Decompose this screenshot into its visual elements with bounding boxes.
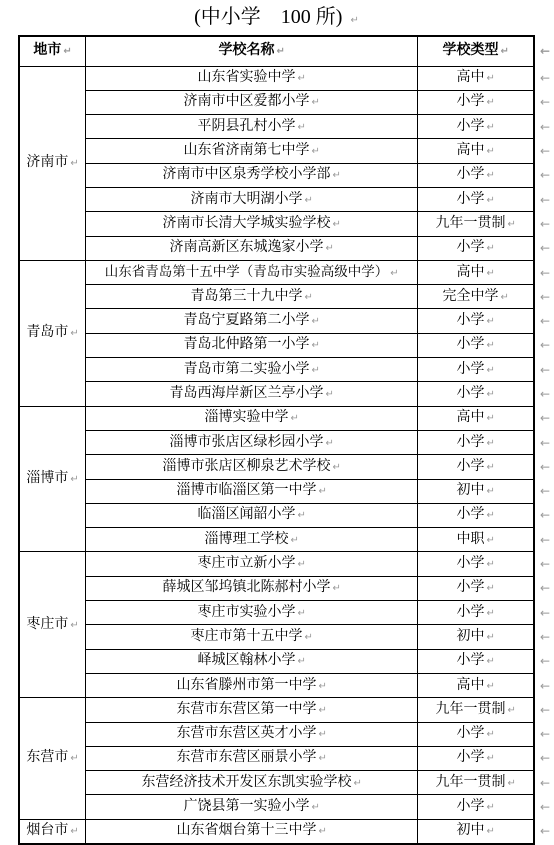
- school-type-cell: 九年一贯制↵: [418, 771, 534, 795]
- school-type-cell: 初中↵: [418, 625, 534, 649]
- row-end-mark-cell: ←: [534, 795, 553, 819]
- row-end-mark-cell: ←: [534, 625, 553, 649]
- school-name-cell: 淄博理工学校↵: [86, 528, 418, 552]
- row-end-arrow-icon: ←: [540, 338, 550, 352]
- schools-table: 地市↵学校名称↵学校类型↵←济南市↵山东省实验中学↵高中↵←济南市中区爱都小学↵…: [18, 35, 554, 845]
- cell-end-mark: ↵: [486, 243, 494, 254]
- school-name-cell: 济南高新区东城逸家小学↵: [86, 236, 418, 260]
- school-name-cell: 淄博市临淄区第一中学↵: [86, 479, 418, 503]
- school-name-cell: 枣庄市立新小学↵: [86, 552, 418, 576]
- school-type-cell: 九年一贯制↵: [418, 698, 534, 722]
- row-end-mark-cell: ←: [534, 115, 553, 139]
- city-cell: 淄博市↵: [19, 406, 86, 552]
- row-end-mark-cell: ←: [534, 722, 553, 746]
- school-name-cell: 东营市东营区第一中学↵: [86, 698, 418, 722]
- row-end-arrow-icon: ←: [540, 144, 550, 158]
- table-row: 淄博市↵淄博实验中学↵高中↵←: [19, 406, 553, 430]
- city-label: 东营市: [26, 750, 68, 765]
- cell-end-mark: ↵: [319, 486, 327, 497]
- table-row: 济南市中区爱都小学↵小学↵←: [19, 90, 553, 114]
- cell-end-mark: ↵: [354, 778, 362, 789]
- row-end-arrow-icon: ←: [540, 193, 550, 207]
- table-row: 山东省济南第七中学↵高中↵←: [19, 139, 553, 163]
- cell-end-mark: ↵: [486, 559, 494, 570]
- cell-end-mark: ↵: [486, 316, 494, 327]
- row-end-arrow-icon: ←: [540, 95, 550, 109]
- city-cell: 青岛市↵: [19, 260, 86, 406]
- school-type-cell: 中职↵: [418, 528, 534, 552]
- school-name-cell: 青岛北仲路第一小学↵: [86, 333, 418, 357]
- table-row: 济南高新区东城逸家小学↵小学↵←: [19, 236, 553, 260]
- school-name-cell: 青岛第三十九中学↵: [86, 285, 418, 309]
- cell-end-mark: ↵: [326, 389, 334, 400]
- table-row: 临淄区闻韶小学↵小学↵←: [19, 503, 553, 527]
- school-type: 小学: [456, 556, 484, 571]
- school-type: 小学: [456, 653, 484, 668]
- row-end-mark-cell: ←: [534, 552, 553, 576]
- table-row: 枣庄市↵枣庄市立新小学↵小学↵←: [19, 552, 553, 576]
- school-name-cell: 薛城区邹坞镇北陈郝村小学↵: [86, 576, 418, 600]
- school-name: 峄城区翰林小学: [198, 653, 296, 668]
- row-end-mark-cell: ←: [534, 90, 553, 114]
- cell-end-mark: ↵: [319, 705, 327, 716]
- school-type: 小学: [456, 386, 484, 401]
- school-name-cell: 山东省济南第七中学↵: [86, 139, 418, 163]
- cell-end-mark: ↵: [70, 826, 78, 837]
- school-name: 济南市大明湖小学: [191, 192, 303, 207]
- row-end-mark-cell: ←: [534, 430, 553, 454]
- row-end-mark-cell: ←: [534, 163, 553, 187]
- row-end-arrow-icon: ←: [540, 776, 550, 790]
- school-type: 小学: [456, 750, 484, 765]
- cell-end-mark: ↵: [486, 729, 494, 740]
- row-end-mark-cell: ←: [534, 187, 553, 211]
- school-type-cell: 小学↵: [418, 746, 534, 770]
- cell-end-mark: ↵: [319, 681, 327, 692]
- school-name-cell: 临淄区闻韶小学↵: [86, 503, 418, 527]
- row-end-arrow-icon: ←: [540, 751, 550, 765]
- school-type-cell: 小学↵: [418, 90, 534, 114]
- cell-end-mark: ↵: [486, 170, 494, 181]
- table-row: 枣庄市第十五中学↵初中↵←: [19, 625, 553, 649]
- cell-end-mark: ↵: [486, 462, 494, 473]
- school-name-cell: 枣庄市实验小学↵: [86, 601, 418, 625]
- header-type: 学校类型↵: [418, 36, 534, 66]
- school-type-cell: 小学↵: [418, 115, 534, 139]
- cell-end-mark: ↵: [486, 122, 494, 133]
- header-school: 学校名称↵: [86, 36, 418, 66]
- school-name-cell: 山东省烟台第十三中学↵: [86, 819, 418, 843]
- school-name-cell: 东营市东营区丽景小学↵: [86, 746, 418, 770]
- school-type-cell: 小学↵: [418, 382, 534, 406]
- school-type-cell: 高中↵: [418, 139, 534, 163]
- school-type: 小学: [456, 580, 484, 595]
- title-text: (中小学 100 所): [194, 6, 342, 28]
- row-end-arrow-icon: ←: [540, 363, 550, 377]
- school-name: 青岛西海岸新区兰亭小学: [170, 386, 324, 401]
- cell-end-mark: ↵: [70, 753, 78, 764]
- school-type-cell: 高中↵: [418, 406, 534, 430]
- header-city: 地市↵: [19, 36, 86, 66]
- school-name-cell: 山东省实验中学↵: [86, 66, 418, 90]
- school-type-cell: 小学↵: [418, 236, 534, 260]
- cell-end-mark: ↵: [486, 802, 494, 813]
- school-type: 初中: [456, 823, 484, 838]
- school-name-cell: 平阴县孔村小学↵: [86, 115, 418, 139]
- cell-end-mark: ↵: [390, 268, 398, 279]
- row-end-mark-cell: ←: [534, 698, 553, 722]
- school-name: 山东省滕州市第一中学: [177, 678, 317, 693]
- school-type: 小学: [456, 240, 484, 255]
- table-row: 青岛北仲路第一小学↵小学↵←: [19, 333, 553, 357]
- table-header-row: 地市↵学校名称↵学校类型↵←: [19, 36, 553, 66]
- row-end-arrow-icon: ←: [540, 508, 550, 522]
- cell-end-mark: ↵: [486, 438, 494, 449]
- school-name-cell: 济南市中区泉秀学校小学部↵: [86, 163, 418, 187]
- row-end-arrow-icon: ←: [540, 44, 550, 58]
- school-type: 中职: [456, 532, 484, 547]
- table-row: 东营市东营区丽景小学↵小学↵←: [19, 746, 553, 770]
- school-type: 完全中学: [442, 289, 498, 304]
- school-type: 小学: [456, 605, 484, 620]
- school-type: 小学: [456, 313, 484, 328]
- cell-end-mark: ↵: [312, 316, 320, 327]
- cell-end-mark: ↵: [333, 462, 341, 473]
- row-end-arrow-icon: ←: [540, 557, 550, 571]
- school-name: 山东省济南第七中学: [184, 143, 310, 158]
- school-name: 山东省实验中学: [198, 70, 296, 85]
- school-type: 小学: [456, 119, 484, 134]
- header-school-label: 学校名称: [219, 43, 275, 58]
- row-end-arrow-icon: ←: [540, 484, 550, 498]
- city-cell: 东营市↵: [19, 698, 86, 819]
- cell-end-mark: ↵: [298, 559, 306, 570]
- school-name: 淄博理工学校: [205, 532, 289, 547]
- school-type: 初中: [456, 483, 484, 498]
- cell-end-mark: ↵: [486, 486, 494, 497]
- school-type: 高中: [456, 678, 484, 693]
- school-type-cell: 高中↵: [418, 66, 534, 90]
- cell-end-mark: ↵: [486, 753, 494, 764]
- row-end-mark-cell: ←: [534, 212, 553, 236]
- school-name: 济南高新区东城逸家小学: [170, 240, 324, 255]
- school-type: 九年一贯制: [435, 775, 505, 790]
- school-type: 小学: [456, 435, 484, 450]
- row-end-arrow-icon: ←: [540, 727, 550, 741]
- school-name-cell: 淄博市张店区柳泉艺术学校↵: [86, 455, 418, 479]
- cell-end-mark: ↵: [486, 340, 494, 351]
- school-name: 东营市东营区第一中学: [177, 702, 317, 717]
- school-type-cell: 完全中学↵: [418, 285, 534, 309]
- school-name-cell: 青岛市第二实验小学↵: [86, 358, 418, 382]
- row-end-arrow-icon: ←: [540, 241, 550, 255]
- row-end-mark-cell: ←: [534, 601, 553, 625]
- table-row: 东营市↵东营市东营区第一中学↵九年一贯制↵←: [19, 698, 553, 722]
- school-type-cell: 小学↵: [418, 649, 534, 673]
- school-type: 高中: [456, 143, 484, 158]
- table-row: 淄博市张店区绿杉园小学↵小学↵←: [19, 430, 553, 454]
- cell-end-mark: ↵: [305, 292, 313, 303]
- school-type-cell: 九年一贯制↵: [418, 212, 534, 236]
- cell-end-mark: ↵: [319, 753, 327, 764]
- school-name-cell: 淄博实验中学↵: [86, 406, 418, 430]
- city-label: 淄博市: [26, 471, 68, 486]
- cell-end-mark: ↵: [305, 195, 313, 206]
- cell-end-mark: ↵: [486, 365, 494, 376]
- school-name-cell: 峄城区翰林小学↵: [86, 649, 418, 673]
- cell-end-mark: ↵: [486, 535, 494, 546]
- table-row: 山东省滕州市第一中学↵高中↵←: [19, 673, 553, 697]
- school-type-cell: 小学↵: [418, 163, 534, 187]
- cell-end-mark: ↵: [70, 474, 78, 485]
- row-end-arrow-icon: ←: [540, 703, 550, 717]
- school-name: 平阴县孔村小学: [198, 119, 296, 134]
- row-end-arrow-icon: ←: [540, 217, 550, 231]
- school-name: 广饶县第一实验小学: [184, 799, 310, 814]
- row-end-arrow-icon: ←: [540, 314, 550, 328]
- row-end-arrow-icon: ←: [540, 387, 550, 401]
- school-name-cell: 东营经济技术开发区东凯实验学校↵: [86, 771, 418, 795]
- school-name-cell: 东营市东营区英才小学↵: [86, 722, 418, 746]
- school-name: 淄博市张店区绿杉园小学: [170, 435, 324, 450]
- school-type-cell: 小学↵: [418, 430, 534, 454]
- row-end-mark-cell: ←: [534, 358, 553, 382]
- school-type-cell: 初中↵: [418, 819, 534, 843]
- school-name-cell: 山东省青岛第十五中学（青岛市实验高级中学）↵: [86, 260, 418, 284]
- row-end-mark-cell: ←: [534, 66, 553, 90]
- row-end-arrow-icon: ←: [540, 436, 550, 450]
- school-type: 小学: [456, 459, 484, 474]
- row-end-arrow-icon: ←: [540, 581, 550, 595]
- school-type: 高中: [456, 70, 484, 85]
- school-name: 东营市东营区英才小学: [177, 726, 317, 741]
- school-name: 东营市东营区丽景小学: [177, 750, 317, 765]
- school-type-cell: 初中↵: [418, 479, 534, 503]
- cell-end-mark: ↵: [312, 146, 320, 157]
- row-end-arrow-icon: ←: [540, 266, 550, 280]
- table-row: 济南市↵山东省实验中学↵高中↵←: [19, 66, 553, 90]
- cell-end-mark: ↵: [312, 802, 320, 813]
- row-end-arrow-icon: ←: [540, 290, 550, 304]
- city-label: 烟台市: [26, 823, 68, 838]
- cell-end-mark: ↵: [486, 389, 494, 400]
- school-type: 初中: [456, 629, 484, 644]
- row-end-mark-cell: ←: [534, 309, 553, 333]
- cell-end-mark: ↵: [333, 170, 341, 181]
- school-name: 济南市中区泉秀学校小学部: [163, 167, 331, 182]
- row-end-mark-cell: ←: [534, 479, 553, 503]
- table-row: 薛城区邹坞镇北陈郝村小学↵小学↵←: [19, 576, 553, 600]
- cell-end-mark: ↵: [486, 632, 494, 643]
- cell-end-mark: ↵: [507, 705, 515, 716]
- school-name: 山东省青岛第十五中学（青岛市实验高级中学）: [105, 264, 389, 279]
- school-name: 山东省烟台第十三中学: [177, 823, 317, 838]
- cell-end-mark: ↵: [70, 620, 78, 631]
- row-end-mark-cell: ←: [534, 503, 553, 527]
- cell-end-mark: ↵: [486, 510, 494, 521]
- school-type-cell: 小学↵: [418, 576, 534, 600]
- school-type-cell: 小学↵: [418, 503, 534, 527]
- table-row: 淄博市张店区柳泉艺术学校↵小学↵←: [19, 455, 553, 479]
- school-type-cell: 小学↵: [418, 795, 534, 819]
- school-name: 淄博市临淄区第一中学: [177, 483, 317, 498]
- cell-end-mark: ↵: [486, 97, 494, 108]
- school-type: 小学: [456, 94, 484, 109]
- school-name-cell: 淄博市张店区绿杉园小学↵: [86, 430, 418, 454]
- city-label: 枣庄市: [26, 617, 68, 632]
- school-name: 济南市长清大学城实验学校: [163, 216, 331, 231]
- cell-end-mark: ↵: [507, 219, 515, 230]
- school-type-cell: 高中↵: [418, 260, 534, 284]
- cell-end-mark: ↵: [333, 219, 341, 230]
- table-row: 峄城区翰林小学↵小学↵←: [19, 649, 553, 673]
- row-end-mark-cell: ←: [534, 673, 553, 697]
- school-type: 高中: [456, 410, 484, 425]
- row-end-arrow-icon: ←: [540, 606, 550, 620]
- school-name-cell: 济南市大明湖小学↵: [86, 187, 418, 211]
- table-row: 东营经济技术开发区东凯实验学校↵九年一贯制↵←: [19, 771, 553, 795]
- cell-end-mark: ↵: [326, 438, 334, 449]
- school-type-cell: 小学↵: [418, 187, 534, 211]
- cell-end-mark: ↵: [312, 97, 320, 108]
- row-end-arrow-icon: ←: [540, 800, 550, 814]
- school-name: 东营经济技术开发区东凯实验学校: [142, 775, 352, 790]
- row-end-arrow-icon: ←: [540, 460, 550, 474]
- school-type: 九年一贯制: [435, 702, 505, 717]
- cell-end-mark: ↵: [486, 195, 494, 206]
- cell-end-mark: ↵: [312, 340, 320, 351]
- school-type: 小学: [456, 799, 484, 814]
- school-name-cell: 青岛宁夏路第二小学↵: [86, 309, 418, 333]
- row-end-arrow-icon: ←: [540, 824, 550, 838]
- cell-end-mark: ↵: [326, 243, 334, 254]
- document-title: (中小学 100 所)↵: [18, 3, 535, 35]
- cell-end-mark: ↵: [486, 681, 494, 692]
- row-end-arrow-icon: ←: [540, 679, 550, 693]
- school-name: 青岛宁夏路第二小学: [184, 313, 310, 328]
- row-end-mark-cell: ←: [534, 36, 553, 66]
- row-end-mark-cell: ←: [534, 771, 553, 795]
- row-end-mark-cell: ←: [534, 455, 553, 479]
- cell-end-mark: ↵: [486, 583, 494, 594]
- cell-end-mark: ↵: [298, 73, 306, 84]
- table-row: 青岛市↵山东省青岛第十五中学（青岛市实验高级中学）↵高中↵←: [19, 260, 553, 284]
- school-type-cell: 小学↵: [418, 601, 534, 625]
- row-end-arrow-icon: ←: [540, 654, 550, 668]
- row-end-mark-cell: ←: [534, 406, 553, 430]
- cell-end-mark: ↵: [277, 46, 285, 57]
- row-end-mark-cell: ←: [534, 819, 553, 843]
- city-label: 青岛市: [26, 325, 68, 340]
- school-name: 枣庄市第十五中学: [191, 629, 303, 644]
- row-end-mark-cell: ←: [534, 260, 553, 284]
- row-end-arrow-icon: ←: [540, 630, 550, 644]
- row-end-arrow-icon: ←: [540, 120, 550, 134]
- cell-end-mark: ↵: [507, 778, 515, 789]
- school-type-cell: 小学↵: [418, 333, 534, 357]
- row-end-mark-cell: ←: [534, 649, 553, 673]
- city-cell: 烟台市↵: [19, 819, 86, 843]
- cell-end-mark: ↵: [319, 729, 327, 740]
- school-name: 青岛市第二实验小学: [184, 362, 310, 377]
- cell-end-mark: ↵: [500, 46, 508, 57]
- cell-end-mark: ↵: [486, 413, 494, 424]
- school-name: 济南市中区爱都小学: [184, 94, 310, 109]
- table-row: 济南市长清大学城实验学校↵九年一贯制↵←: [19, 212, 553, 236]
- city-label: 济南市: [26, 155, 68, 170]
- school-name: 枣庄市实验小学: [198, 605, 296, 620]
- cell-end-mark: ↵: [298, 122, 306, 133]
- cell-end-mark: ↵: [486, 608, 494, 619]
- city-cell: 济南市↵: [19, 66, 86, 260]
- cell-end-mark: ↵: [500, 292, 508, 303]
- school-name: 淄博实验中学: [205, 410, 289, 425]
- row-end-mark-cell: ←: [534, 139, 553, 163]
- cell-end-mark: ↵: [298, 608, 306, 619]
- table-row: 济南市中区泉秀学校小学部↵小学↵←: [19, 163, 553, 187]
- school-type: 小学: [456, 337, 484, 352]
- cell-end-mark: ↵: [486, 146, 494, 157]
- table-row: 青岛西海岸新区兰亭小学↵小学↵←: [19, 382, 553, 406]
- school-name-cell: 枣庄市第十五中学↵: [86, 625, 418, 649]
- header-type-label: 学校类型: [442, 43, 498, 58]
- row-end-arrow-icon: ←: [540, 71, 550, 85]
- table-row: 青岛宁夏路第二小学↵小学↵←: [19, 309, 553, 333]
- school-name: 青岛第三十九中学: [191, 289, 303, 304]
- cell-end-mark: ↵: [70, 158, 78, 169]
- school-name: 青岛北仲路第一小学: [184, 337, 310, 352]
- table-row: 烟台市↵山东省烟台第十三中学↵初中↵←: [19, 819, 553, 843]
- table-row: 青岛市第二实验小学↵小学↵←: [19, 358, 553, 382]
- school-type: 小学: [456, 167, 484, 182]
- cell-end-mark: ↵: [291, 535, 299, 546]
- school-type: 九年一贯制: [435, 216, 505, 231]
- city-cell: 枣庄市↵: [19, 552, 86, 698]
- school-name: 淄博市张店区柳泉艺术学校: [163, 459, 331, 474]
- cell-end-mark: ↵: [486, 656, 494, 667]
- document-page: (中小学 100 所)↵ 地市↵学校名称↵学校类型↵←济南市↵山东省实验中学↵高…: [0, 0, 554, 845]
- cell-end-mark: ↵: [486, 73, 494, 84]
- school-type-cell: 小学↵: [418, 455, 534, 479]
- row-end-mark-cell: ←: [534, 576, 553, 600]
- school-type: 小学: [456, 507, 484, 522]
- school-type-cell: 高中↵: [418, 673, 534, 697]
- cell-end-mark: ↵: [305, 632, 313, 643]
- school-type: 小学: [456, 192, 484, 207]
- table-row: 东营市东营区英才小学↵小学↵←: [19, 722, 553, 746]
- paragraph-end-mark: ↵: [350, 15, 358, 26]
- cell-end-mark: ↵: [486, 268, 494, 279]
- school-type-cell: 小学↵: [418, 722, 534, 746]
- table-row: 枣庄市实验小学↵小学↵←: [19, 601, 553, 625]
- school-type: 高中: [456, 265, 484, 280]
- school-name-cell: 济南市长清大学城实验学校↵: [86, 212, 418, 236]
- school-type-cell: 小学↵: [418, 358, 534, 382]
- school-name: 临淄区闻韶小学: [198, 507, 296, 522]
- row-end-mark-cell: ←: [534, 746, 553, 770]
- school-name-cell: 山东省滕州市第一中学↵: [86, 673, 418, 697]
- school-name: 薛城区邹坞镇北陈郝村小学: [163, 580, 331, 595]
- cell-end-mark: ↵: [319, 826, 327, 837]
- row-end-arrow-icon: ←: [540, 411, 550, 425]
- table-row: 平阴县孔村小学↵小学↵←: [19, 115, 553, 139]
- row-end-mark-cell: ←: [534, 285, 553, 309]
- row-end-mark-cell: ←: [534, 333, 553, 357]
- table-row: 淄博理工学校↵中职↵←: [19, 528, 553, 552]
- table-row: 济南市大明湖小学↵小学↵←: [19, 187, 553, 211]
- school-type-cell: 小学↵: [418, 309, 534, 333]
- cell-end-mark: ↵: [333, 583, 341, 594]
